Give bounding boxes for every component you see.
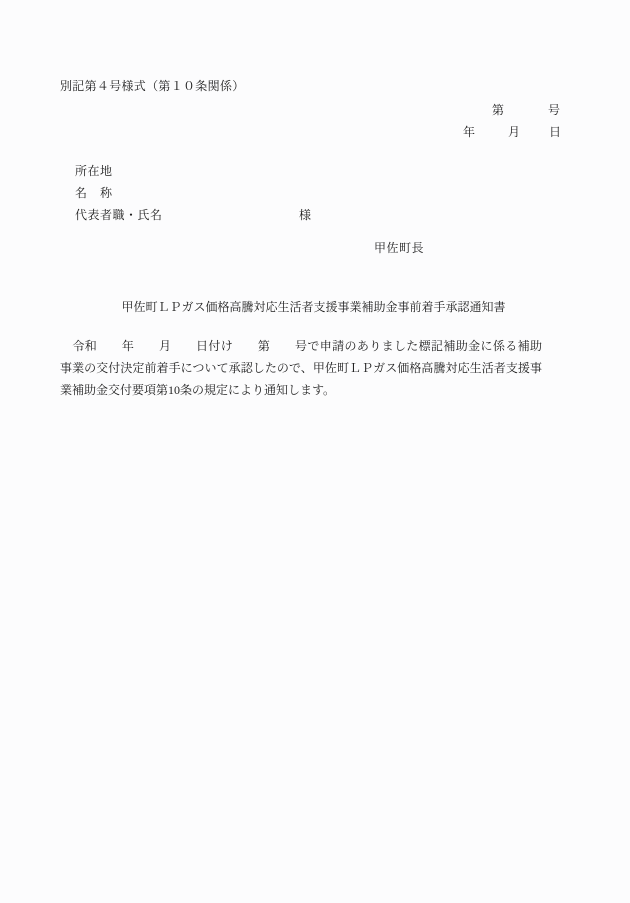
sender-title: 甲佐町長 <box>374 242 424 254</box>
recipient-honorific: 様 <box>299 209 311 221</box>
document-title: 甲佐町ＬＰガス価格高騰対応生活者支援事業補助金事前着手承認通知書 <box>60 301 567 313</box>
date-year-label: 年 <box>463 126 475 138</box>
body-line: 業補助金交付要項第10条の規定により通知します。 <box>60 379 542 401</box>
body-paragraph: 令和 年 月 日付け 第 号で申請のありました標記補助金に係る補助 事業の交付決… <box>60 335 542 401</box>
recipient-address-label: 所在地 <box>75 165 113 177</box>
form-number-note: 別記第４号様式（第１０条関係） <box>60 80 245 92</box>
body-line: 事業の交付決定前着手について承認したので、甲佐町ＬＰガス価格高騰対応生活者支援事 <box>60 357 542 379</box>
recipient-name-label: 名 称 <box>75 187 113 199</box>
date-month-label: 月 <box>508 126 520 138</box>
doc-number-prefix: 第 <box>492 104 504 116</box>
doc-number-suffix: 号 <box>548 104 560 116</box>
recipient-representative-label: 代表者職・氏名 <box>75 209 163 221</box>
date-day-label: 日 <box>549 126 561 138</box>
body-line: 令和 年 月 日付け 第 号で申請のありました標記補助金に係る補助 <box>60 335 542 357</box>
document-page: 別記第４号様式（第１０条関係） 第 号 年 月 日 所在地 名 称 代表者職・氏… <box>0 0 630 903</box>
